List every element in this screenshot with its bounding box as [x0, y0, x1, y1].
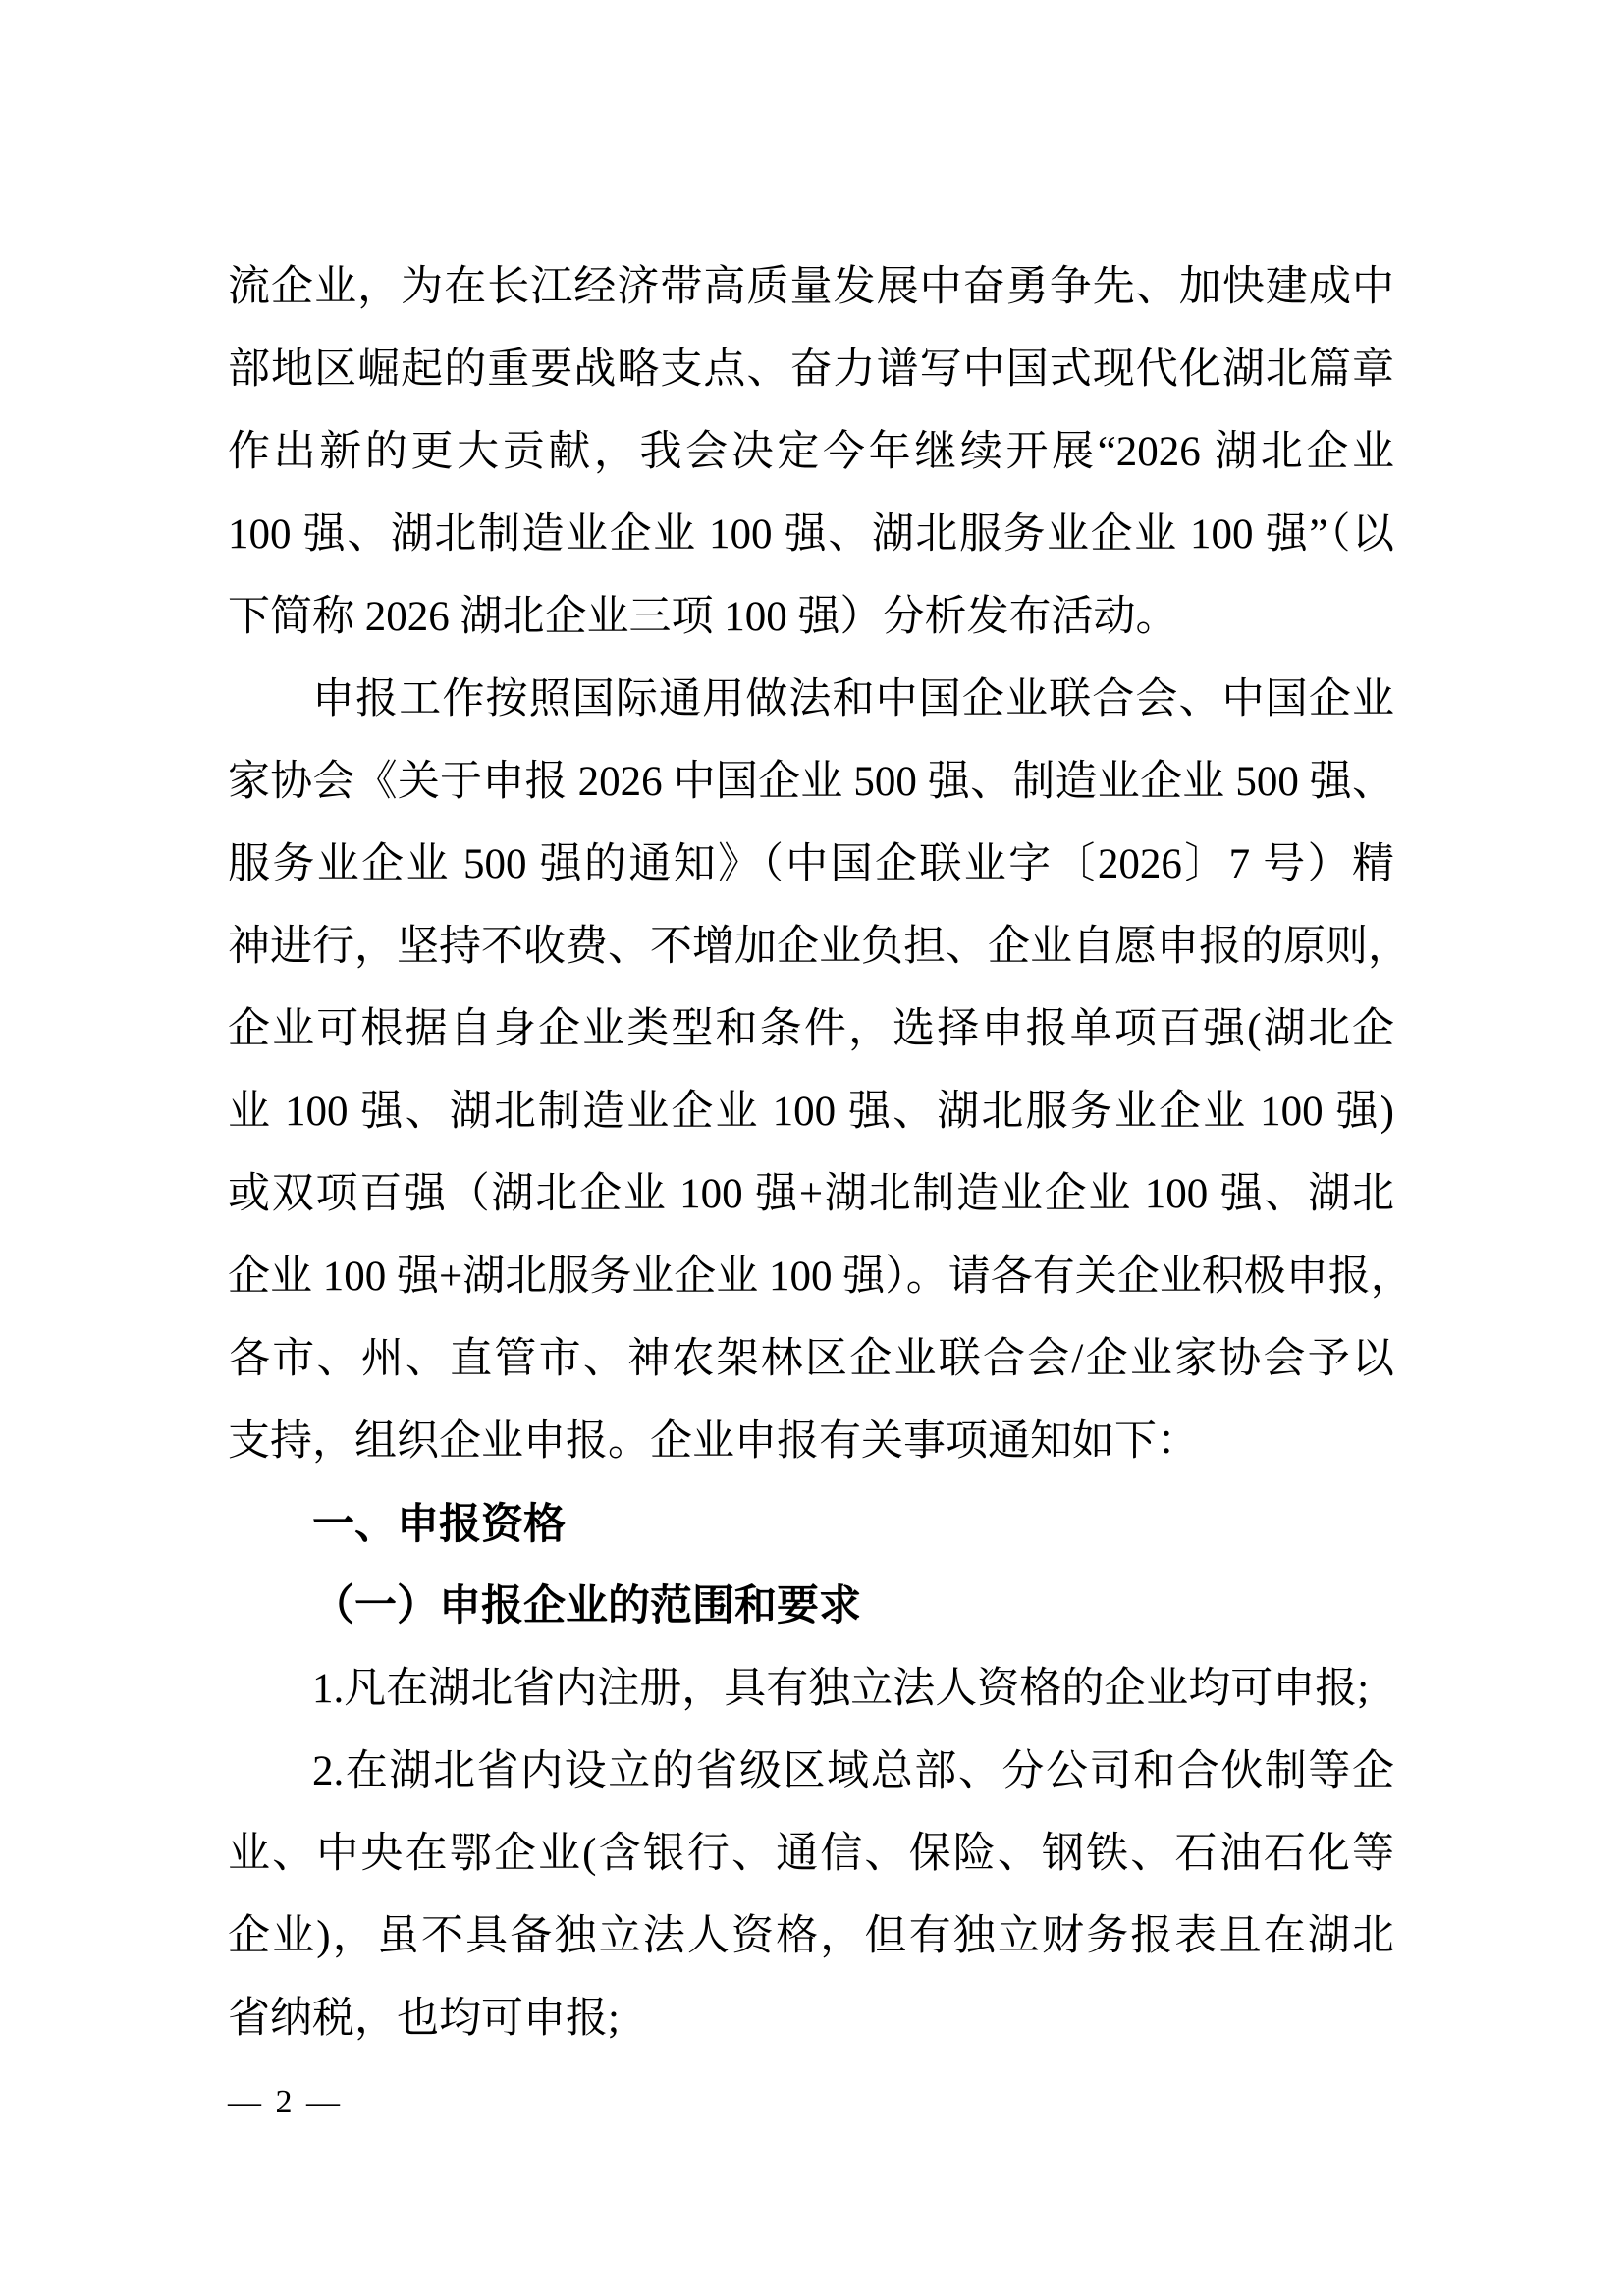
text-line: 2.在湖北省内设立的省级区域总部、分公司和合伙制等企: [228, 1731, 1394, 1813]
text-line: 企业 100 强+湖北服务业企业 100 强）。请各有关企业积极申报，: [228, 1236, 1394, 1318]
text-line: 支持，组织企业申报。企业申报有关事项通知如下：: [228, 1401, 1394, 1483]
section-heading: 一、申报资格: [228, 1483, 1394, 1566]
text-line: 申报工作按照国际通用做法和中国企业联合会、中国企业: [228, 659, 1394, 741]
text-line: 家协会《关于申报 2026 中国企业 500 强、制造业企业 500 强、: [228, 741, 1394, 824]
text-line: 业、中央在鄂企业(含银行、通信、保险、钢铁、石油石化等: [228, 1813, 1394, 1896]
text-line: 流企业，为在长江经济带高质量发展中奋勇争先、加快建成中: [228, 246, 1394, 329]
text-line: 各市、州、直管市、神农架林区企业联合会/企业家协会予以: [228, 1318, 1394, 1401]
text-line: 或双项百强（湖北企业 100 强+湖北制造业企业 100 强、湖北: [228, 1153, 1394, 1236]
subsection-heading: （一）申报企业的范围和要求: [228, 1566, 1394, 1648]
text-line: 企业)，虽不具备独立法人资格，但有独立财务报表且在湖北: [228, 1896, 1394, 1978]
text-line: 企业可根据自身企业类型和条件，选择申报单项百强(湖北企: [228, 988, 1394, 1071]
text-line: 部地区崛起的重要战略支点、奋力谱写中国式现代化湖北篇章: [228, 329, 1394, 411]
text-line: 业 100 强、湖北制造业企业 100 强、湖北服务业企业 100 强): [228, 1071, 1394, 1153]
page-number: — 2 —: [228, 2082, 340, 2123]
text-line: 服务业企业 500 强的通知》（中国企联业字〔2026〕7 号）精: [228, 824, 1394, 906]
text-line: 下简称 2026 湖北企业三项 100 强）分析发布活动。: [228, 576, 1394, 659]
text-line: 神进行，坚持不收费、不增加企业负担、企业自愿申报的原则，: [228, 906, 1394, 988]
document-page: 流企业，为在长江经济带高质量发展中奋勇争先、加快建成中 部地区崛起的重要战略支点…: [0, 0, 1624, 2296]
text-line: 作出新的更大贡献，我会决定今年继续开展“2026 湖北企业: [228, 411, 1394, 494]
document-body: 流企业，为在长江经济带高质量发展中奋勇争先、加快建成中 部地区崛起的重要战略支点…: [228, 246, 1394, 2060]
text-line: 省纳税，也均可申报;: [228, 1978, 1394, 2060]
text-line: 1.凡在湖北省内注册，具有独立法人资格的企业均可申报;: [228, 1648, 1394, 1731]
text-line: 100 强、湖北制造业企业 100 强、湖北服务业企业 100 强”（以: [228, 494, 1394, 576]
